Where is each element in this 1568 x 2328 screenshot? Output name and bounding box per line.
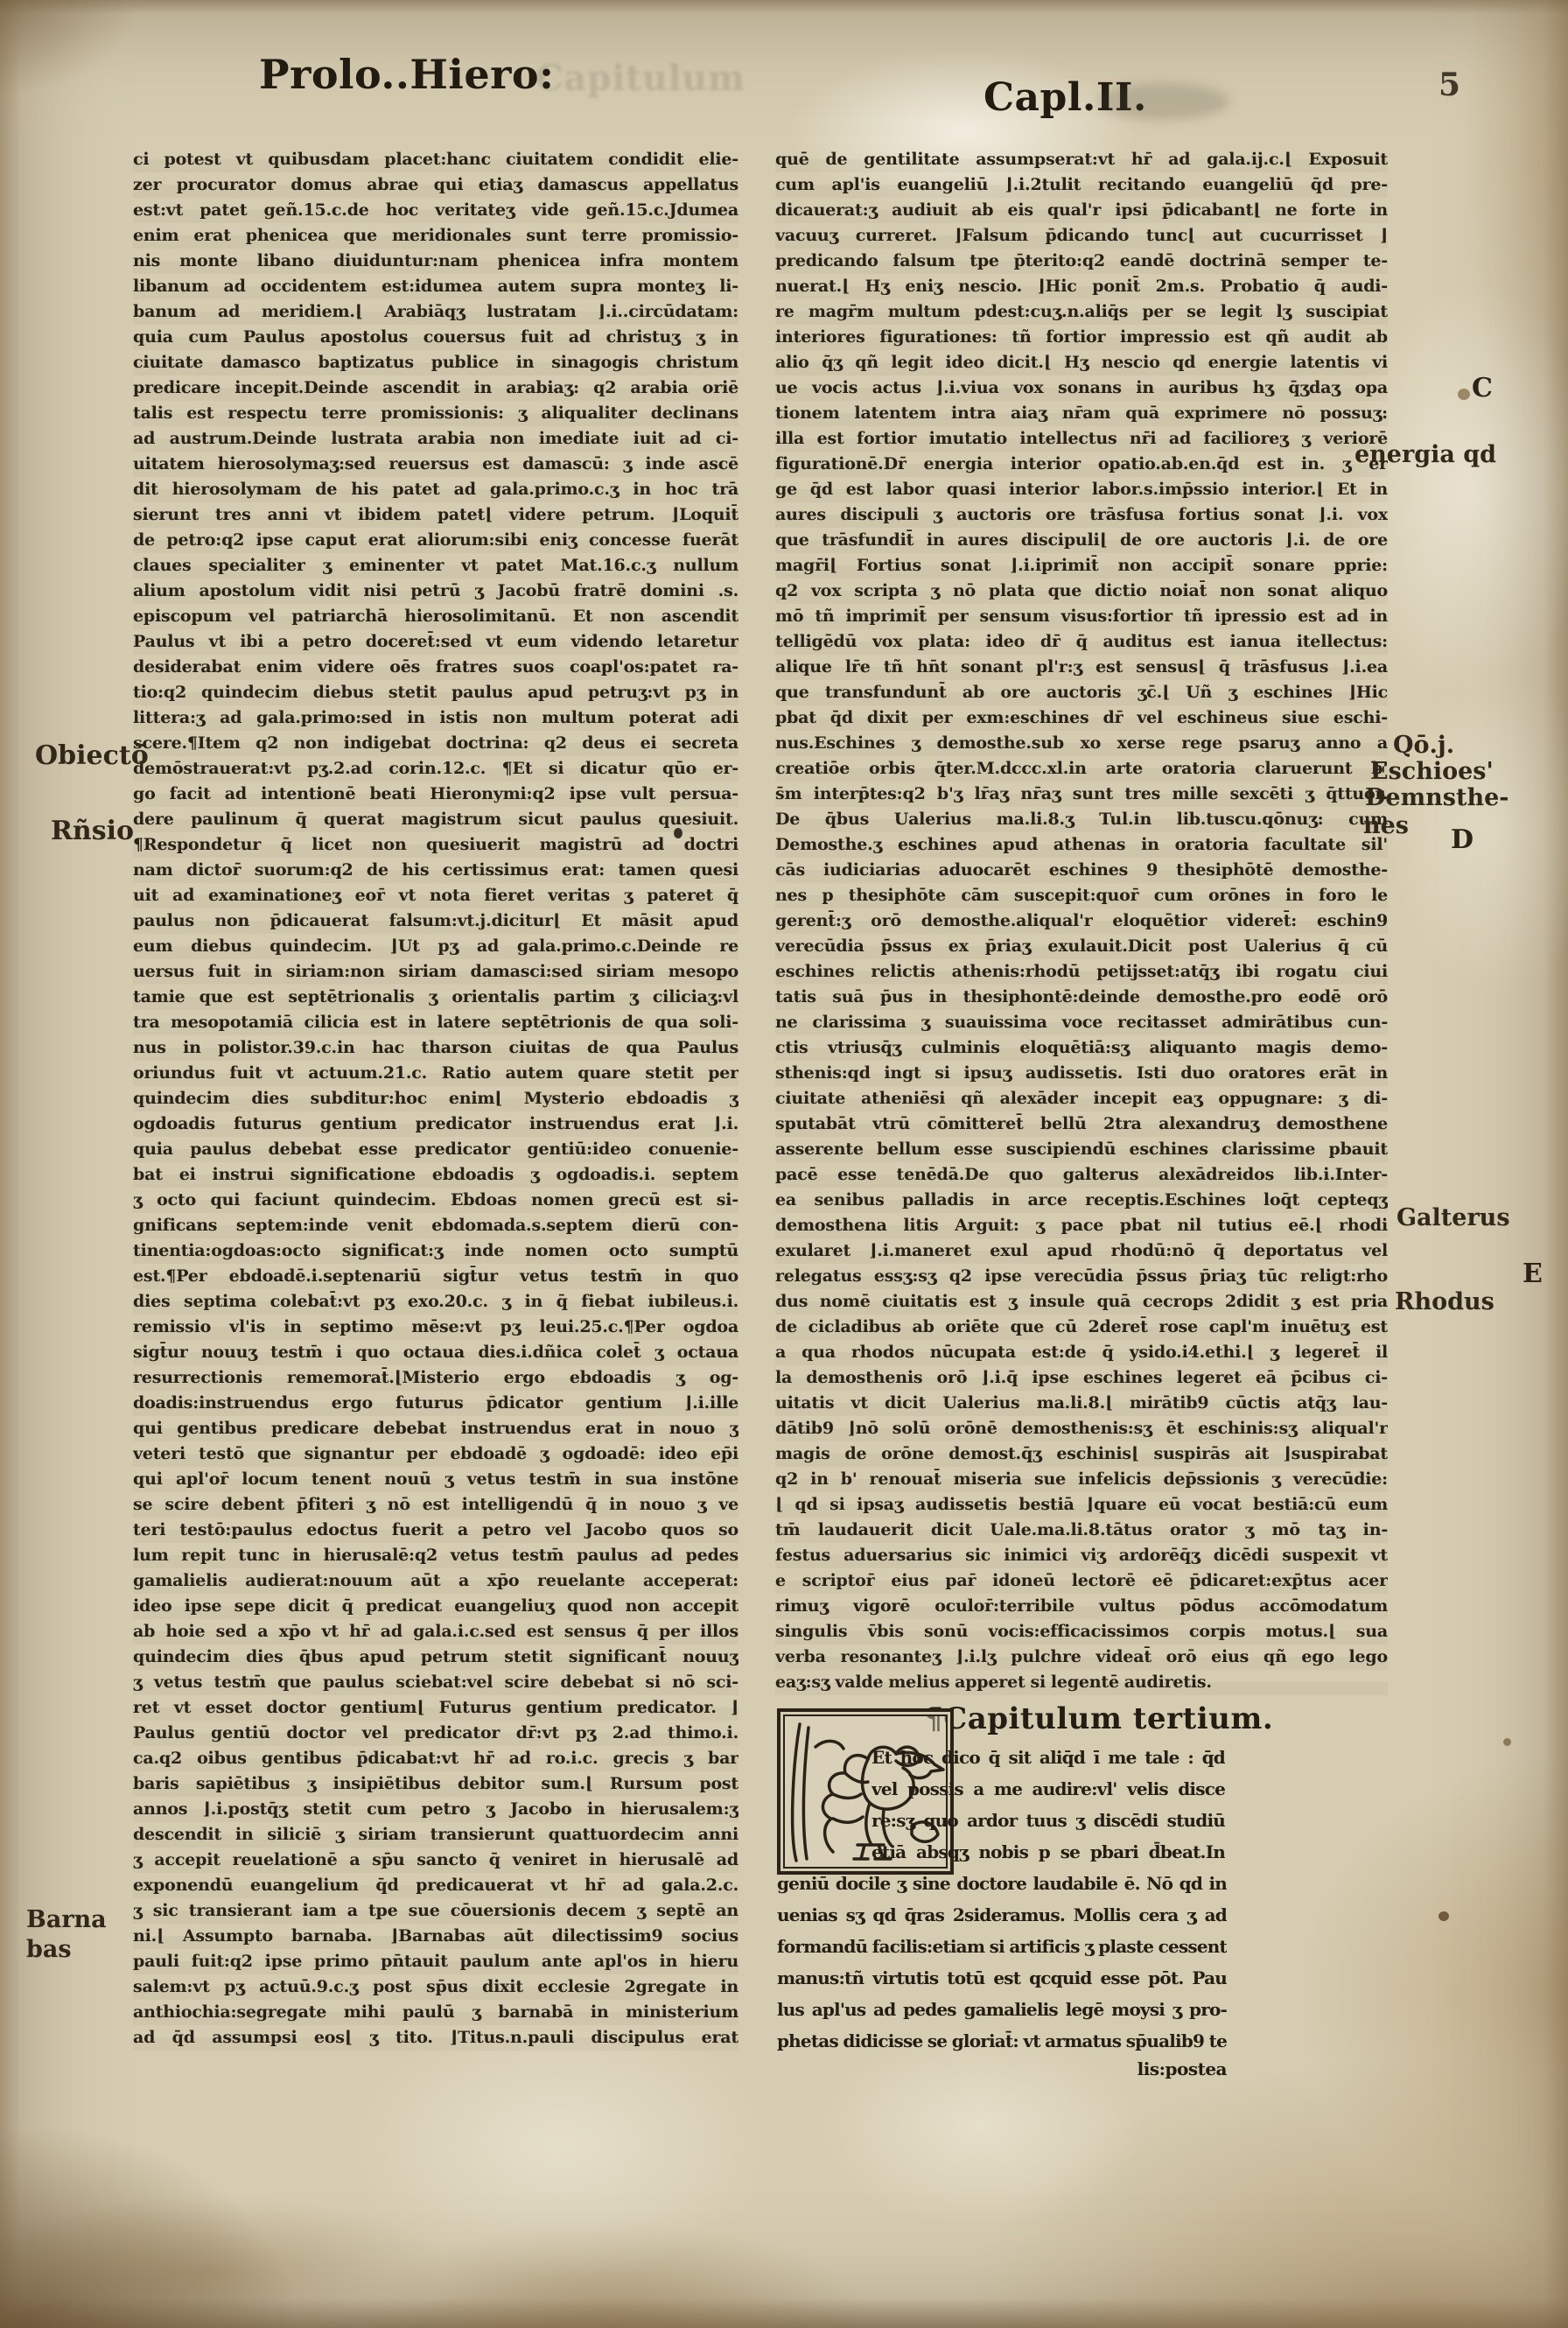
- text-line: banum ad meridiem.⌊ Arabiāqʒ lustratam ⌋…: [133, 299, 738, 325]
- margin-note-quaestio: Qō.j.: [1393, 732, 1454, 759]
- text-line: exponendū euangelium q̄d predicauerat vt…: [133, 1873, 738, 1898]
- text-line: gnificans septem:inde venit ebdomada.s.s…: [133, 1213, 738, 1238]
- paper-speck-2: [1503, 1738, 1511, 1746]
- margin-note-galterus: Galterus: [1396, 1204, 1510, 1231]
- text-line: creatiōe orbis q̄ter.M.dccc.xl.in arte o…: [775, 756, 1388, 782]
- text-line: phetas didicisse se gloriat̄: vt armatus…: [777, 2025, 1227, 2057]
- text-line: dere paulinum q̄ querat magistrum sicut …: [133, 807, 738, 832]
- text-line: annos ⌋.i.postq̄ʒ stetit cum petro ʒ Jac…: [133, 1797, 738, 1822]
- text-line: scere.¶Item q2 non indigebat doctrina: q…: [133, 731, 738, 756]
- text-line: e scriptor̄ eius par̄ idoneū lectorē eē …: [775, 1568, 1388, 1594]
- text-line: festus aduersarius sic inimici viʒ ardor…: [775, 1543, 1388, 1568]
- text-line: interiores figurationes: tñ fortior impr…: [775, 325, 1388, 350]
- margin-note-responsio: Rñsio: [51, 816, 134, 846]
- text-line: singulis v̄bis sonū vocis:efficacissimos…: [775, 1619, 1388, 1644]
- text-line: nuerat.⌊ Hʒ eniʒ nescio. ⌋Hic ponit̄ 2m.…: [775, 274, 1388, 299]
- text-line: nis monte libano diuiduntur:nam phenicea…: [133, 249, 738, 274]
- text-line: cum apl'is euangeliū ⌋.i.2tulit recitand…: [775, 172, 1388, 198]
- text-line: alique lr̄e tñ hn̄t sonant pl'r:ʒ est se…: [775, 655, 1388, 680]
- text-line: se scire debent p̄fiteri ʒ nō est intell…: [133, 1492, 738, 1518]
- text-line: verba resonanteʒ ⌋.i.lʒ pulchre videat̄ …: [775, 1644, 1388, 1670]
- text-line: asserente bellum esse suscipiendū eschin…: [775, 1137, 1388, 1162]
- wormhole: [1458, 389, 1470, 400]
- text-line: est.¶Per ebdoadē.i.septenariū sigt̄ur ve…: [133, 1264, 738, 1289]
- margin-note-obiectio: Obiectō: [35, 740, 149, 771]
- paper-speck: [1438, 1911, 1449, 1921]
- text-line: uersus fuit in siriam:non siriam damasci…: [133, 959, 738, 985]
- text-line: sierunt tres anni vt ibidem patet⌊ vider…: [133, 502, 738, 528]
- text-line: claues specialiter ʒ eminenter vt patet …: [133, 553, 738, 578]
- text-line: ab hoie sed a xp̄o vt hr̄ ad gala.i.c.se…: [133, 1619, 738, 1644]
- text-line: quindecim dies subditur:hoc enim⌊ Myster…: [133, 1086, 738, 1111]
- text-line: libanum ad occidentem est:idumea autem s…: [133, 274, 738, 299]
- running-title-left: Prolo..Hiero:: [259, 51, 554, 98]
- text-line: formandū facilis:etiam si artificis ʒ pl…: [777, 1931, 1227, 1962]
- text-line: go facit ad intentionē beati Hieronymi:q…: [133, 782, 738, 807]
- text-line: ea senibus palladis in arce receptis.Esc…: [775, 1188, 1388, 1213]
- text-line: ogdoadis futurus gentium predicator inst…: [133, 1111, 738, 1137]
- text-line: que transfundunt̄ ab ore auctoris ʒc̄.⌊ …: [775, 680, 1388, 705]
- text-line: ca.q2 oibus gentibus p̄dicabat:vt hr̄ ad…: [133, 1746, 738, 1771]
- text-line: predicare incepit.Deinde ascendit in ara…: [133, 375, 738, 401]
- text-line: ʒ vetus testm̄ que paulus sciebat:vel sc…: [133, 1670, 738, 1695]
- text-line: oriundus fuit vt actuum.21.c. Ratio aute…: [133, 1061, 738, 1086]
- text-line: a qua rhodos nūcupata est:de q̄ ysido.i4…: [775, 1340, 1388, 1365]
- text-line: cās iudiciarias aduocarēt eschines 9 the…: [775, 858, 1388, 883]
- text-line: uitatem hierosolymaʒ:sed reuersus est da…: [133, 452, 738, 477]
- text-line: desiderabat enim videre oēs fratres suos…: [133, 655, 738, 680]
- text-line: dus nomē ciuitatis est ʒ insule quā cecr…: [775, 1289, 1388, 1315]
- text-line: nam dictor̄ suorum:q2 de his certissimus…: [133, 858, 738, 883]
- text-line: pbat q̄d dixit per exm:eschines dr̄ vel …: [775, 705, 1388, 731]
- text-line: dies septima colebat̄:vt pʒ exo.20.c. ʒ …: [133, 1289, 738, 1315]
- text-line: teri testō:paulus edoctus fuerit a petro…: [133, 1518, 738, 1543]
- text-line: littera:ʒ ad gala.primo:sed in istis non…: [133, 705, 738, 731]
- text-line: dicauerat:ʒ audiuit ab eis qual'r ipsi p…: [775, 198, 1388, 223]
- text-line: que trāsfundit̄ in aures discipuli⌊ de o…: [775, 528, 1388, 553]
- text-line: sigt̄ur nouuʒ testm̄ i quo octaua dies.i…: [133, 1340, 738, 1365]
- text-line: alio q̄ʒ qñ legit ideo dicit.⌊ Hʒ nescio…: [775, 350, 1388, 375]
- text-line: talis est respectu terre promissionis: ʒ…: [133, 401, 738, 426]
- chapter-initial-lines: Et hoc dico q̄ sit aliq̄d ī me tale : q̄…: [871, 1742, 1225, 1868]
- margin-note-eschines: Eschioes': [1370, 758, 1494, 785]
- text-line: ge q̄d est labor quasi interior labor.s.…: [775, 477, 1388, 502]
- text-line: qui apl'or̄ locum tenent nouū ʒ vetus te…: [133, 1467, 738, 1492]
- text-line: nes p thesiphōte cām suscepit:quor̄ cum …: [775, 883, 1388, 908]
- text-line: lum repit tunc in hierusalē:q2 vetus tes…: [133, 1543, 738, 1568]
- text-line: gerent̄:ʒ orō demosthe.aliqual'r eloquēt…: [775, 908, 1388, 934]
- text-line: lus apl'us ad pedes gamalielis legē moys…: [777, 1994, 1227, 2025]
- text-line: quē de gentilitate assumpserat:vt hr̄ ad…: [775, 147, 1388, 172]
- text-line: re:sʒ quo ardor tuus ʒ discēdi studiū: [871, 1805, 1225, 1836]
- text-column-right: quē de gentilitate assumpserat:vt hr̄ ad…: [775, 147, 1388, 1695]
- margin-note-barnabas-line2: bas: [26, 1936, 72, 1963]
- text-line: ad q̄d assumpsi eos⌊ ʒ tito. ⌋Titus.n.pa…: [133, 2025, 738, 2051]
- text-line: uenias sʒ qd q̄ras 2sideramus. Mollis ce…: [777, 1899, 1227, 1931]
- text-line: nus in polistor.39.c.in hac tharson ciui…: [133, 1035, 738, 1061]
- guide-letter-d: D: [1451, 824, 1473, 855]
- text-line: veteri testō que signantur per ebdoadē ʒ…: [133, 1441, 738, 1467]
- ink-smudge: [1098, 83, 1229, 120]
- text-line: eum diebus quindecim. ⌋Ut pʒ ad gala.pri…: [133, 934, 738, 959]
- text-line: illa est fortior imutatio intellectus nr…: [775, 426, 1388, 452]
- text-line: gamalielis audierat:nouum aūt a xp̄o reu…: [133, 1568, 738, 1594]
- text-line: paulus non p̄dicauerat falsum:vt.j.dicit…: [133, 908, 738, 934]
- text-line: vacuuʒ curreret. ⌋Falsum p̄dicando tunc⌊…: [775, 223, 1388, 249]
- text-line: baris sapiētibus ʒ insipiētibus debitor …: [133, 1771, 738, 1797]
- text-line: ne clarissima ʒ suauissima voce recitass…: [775, 1010, 1388, 1035]
- text-line: ad austrum.Deinde lustrata arabia non im…: [133, 426, 738, 452]
- text-line: remissio vl'is in septimo mēse:vt pʒ leu…: [133, 1315, 738, 1340]
- text-line: magr̄i⌊ Fortius sonat ⌋.i.iprimit̄ non a…: [775, 553, 1388, 578]
- text-line: uitatis vt dicit Ualerius ma.li.8.⌊ mirā…: [775, 1391, 1388, 1416]
- text-line: etiā absqʒ nobis p se pbari d̄beat.In: [871, 1836, 1225, 1868]
- text-line: telligēdū vox plata: ideo dr̄ q̄ auditus…: [775, 629, 1388, 655]
- text-line: zer procurator domus abrae qui etiaʒ dam…: [133, 172, 738, 198]
- text-line: verecūdia p̄ssus ex p̄riaʒ exulauit.Dici…: [775, 934, 1388, 959]
- margin-note-demosthenes-line1: Demnsthe-: [1365, 784, 1508, 811]
- text-line: pacē esse tenēdā.De quo galterus alexādr…: [775, 1162, 1388, 1188]
- text-line: s̄m interp̄tes:q2 b'ʒ lr̄aʒ nr̄aʒ sunt t…: [775, 782, 1388, 807]
- text-line: demosthena litis Arguit: ʒ pace pbat nil…: [775, 1213, 1388, 1238]
- text-line: ue vocis actus ⌋.i.viua vox sonans in au…: [775, 375, 1388, 401]
- text-line: nus.Eschines ʒ demosthe.sub xo xerse reg…: [775, 731, 1388, 756]
- chapter-body-lines: geniū docile ʒ sine doctore laudabile ē.…: [777, 1868, 1227, 2057]
- text-line: ciuitate damasco baptizatus publice in s…: [133, 350, 738, 375]
- margin-note-energia: energia qd: [1354, 441, 1496, 468]
- text-line: anthiochia:segregate mihi paulū ʒ barnab…: [133, 2000, 738, 2025]
- ink-speck: [674, 828, 682, 838]
- text-line: tra mesopotamiā cilicia est in latere se…: [133, 1010, 738, 1035]
- margin-note-rhodus: Rhodus: [1395, 1288, 1494, 1315]
- guide-letter-e: E: [1522, 1259, 1543, 1289]
- text-line: qui gentibus predicare debebat instruend…: [133, 1416, 738, 1441]
- page-number: 5: [1438, 67, 1461, 103]
- text-line: geniū docile ʒ sine doctore laudabile ē.…: [777, 1868, 1227, 1899]
- text-line: Demosthe.ʒ eschines apud athenas in orat…: [775, 832, 1388, 858]
- text-line: predicando falsum tpe p̄terito:q2 eandē …: [775, 249, 1388, 274]
- text-line: tinentia:ogdoas:octo significat:ʒ inde n…: [133, 1238, 738, 1264]
- text-line: ʒ accepit reuelationē a sp̄u sancto q̄ v…: [133, 1848, 738, 1873]
- text-line: Paulus gentiū doctor vel predicator dr̄:…: [133, 1721, 738, 1746]
- text-line: mō tñ imprimit̄ per sensum visus:fortior…: [775, 604, 1388, 629]
- text-line: dātib9 ⌋nō solū orōnē demosthenis:sʒ ēt …: [775, 1416, 1388, 1441]
- text-line: ʒ octo qui faciunt quindecim. Ebdoas nom…: [133, 1188, 738, 1213]
- text-line: dit hierosolymam de his patet ad gala.pr…: [133, 477, 738, 502]
- text-line: tionem latentem intra aiaʒ nr̄am quā exp…: [775, 401, 1388, 426]
- text-line: de petro:q2 ipse caput erat aliorum:sibi…: [133, 528, 738, 553]
- text-line: tatis suā p̄us in thesiphontē:deinde dem…: [775, 985, 1388, 1010]
- text-line: est:vt patet geñ.15.c.de hoc veritateʒ v…: [133, 198, 738, 223]
- margin-note-barnabas-line1: Barna: [26, 1906, 107, 1933]
- text-line: re magr̄m multum pdest:cuʒ.n.aliq̄s per …: [775, 299, 1388, 325]
- book-page-scan: Prolo..Hiero: Capitulum Capl.II. 5 ci po…: [0, 0, 1568, 2328]
- text-line: ret vt esset doctor gentium⌊ Futurus gen…: [133, 1695, 738, 1721]
- text-line: pauli fuit:q2 ipse primo pn̄tauit paulum…: [133, 1949, 738, 1974]
- text-line: exularet ⌋.i.maneret exul apud rhodū:nō …: [775, 1238, 1388, 1264]
- text-line: ci potest vt quibusdam placet:hanc ciuit…: [133, 147, 738, 172]
- text-line: tamie que est septētrionalis ʒ orientali…: [133, 985, 738, 1010]
- text-line: eschines relictis athenis:rhodū petijsse…: [775, 959, 1388, 985]
- text-line: ⌊ qd si ipsaʒ audissetis bestiā ⌋quare e…: [775, 1492, 1388, 1518]
- text-line: tio:q2 quindecim diebus stetit paulus ap…: [133, 680, 738, 705]
- chapter-heading: ¶Capitulum tertium.: [924, 1701, 1273, 1736]
- ink-offset-ghost: Capitulum: [535, 58, 745, 99]
- text-line: tm̄ laudauerit dicit Uale.ma.li.8.tātus …: [775, 1518, 1388, 1543]
- guide-letter-c: C: [1472, 373, 1493, 403]
- text-line: magis de orōne demost.q̄ʒ eschinis⌊ susp…: [775, 1441, 1388, 1467]
- text-line: ʒ sic transierant iam a tpe sue cōuersio…: [133, 1898, 738, 1924]
- text-line: ctis vtriusq̄ʒ culminis eloquētiā:sʒ ali…: [775, 1035, 1388, 1061]
- text-line: manus:tñ virtutis totū est qcquid esse p…: [777, 1962, 1227, 1994]
- text-line: demōstrauerat:vt pʒ.2.ad corin.12.c. ¶Et…: [133, 756, 738, 782]
- text-line: figurationē.Dr̄ energia interior opatio.…: [775, 452, 1388, 477]
- text-line: ciuitate atheniēsi qñ alexāder incepit e…: [775, 1086, 1388, 1111]
- text-line: resurrectionis rememorat̄.⌊Misterio ergo…: [133, 1365, 738, 1391]
- text-line: vel possis a me audire:vl' velis disce: [871, 1773, 1225, 1805]
- text-line: sthenis:qd ingt si ipsuʒ audissetis. Ist…: [775, 1061, 1388, 1086]
- text-line: enim erat phenicea que meridionales sunt…: [133, 223, 738, 249]
- text-line: descendit in siliciē ʒ siriam transierun…: [133, 1822, 738, 1848]
- text-line: relegatus essʒ:sʒ q2 ipse verecūdia p̄ss…: [775, 1264, 1388, 1289]
- text-line: doadis:instruendus ergo futurus p̄dicato…: [133, 1391, 738, 1416]
- text-line: ni.⌊ Assumpto barnaba. ⌋Barnabas aūt dil…: [133, 1924, 738, 1949]
- text-line: bat ei instrui significatione ebdoadis ʒ…: [133, 1162, 738, 1188]
- text-line: eaʒ:sʒ valde melius apperet si legentē a…: [775, 1670, 1388, 1695]
- text-line: q2 vox scripta ʒ nō plata que dictio noi…: [775, 578, 1388, 604]
- text-line: episcopum vel patriarchā hierosolimitanū…: [133, 604, 738, 629]
- text-line: sputabāt vtrū cōmitteret̄ bellū 2tra ale…: [775, 1111, 1388, 1137]
- text-line: ideo ipse sepe dicit q̄ predicat euangel…: [133, 1594, 738, 1619]
- text-line: q2 in b' renouat̄ miseria sue infelicis …: [775, 1467, 1388, 1492]
- text-line: De q̄bus Ualerius ma.li.8.ʒ Tul.in lib.t…: [775, 807, 1388, 832]
- text-line: de cicladibus ab oriēte que cū 2deret̄ r…: [775, 1315, 1388, 1340]
- text-line: aures discipuli ʒ auctoris ore trāsfusa …: [775, 502, 1388, 528]
- text-line: salem:vt pʒ actuū.9.c.ʒ post sp̄us dixit…: [133, 1974, 738, 2000]
- text-line: rimuʒ vigorē oculor̄:terribile vultus pō…: [775, 1594, 1388, 1619]
- text-line: Et hoc dico q̄ sit aliq̄d ī me tale : q̄…: [871, 1742, 1225, 1773]
- text-line: quia paulus debebat esse predicator gent…: [133, 1137, 738, 1162]
- text-line: alium apostolum vidit nisi petrū ʒ Jacob…: [133, 578, 738, 604]
- text-line: ¶Respondetur q̄ licet non quesiuerit mag…: [133, 832, 738, 858]
- text-column-left: ci potest vt quibusdam placet:hanc ciuit…: [133, 147, 738, 2051]
- text-line: la demosthenis orō ⌋.i.q̄ ipse eschines …: [775, 1365, 1388, 1391]
- text-line: Paulus vt ibi a petro doceret̄:sed vt eu…: [133, 629, 738, 655]
- text-line: quindecim dies q̄bus apud petrum stetit …: [133, 1644, 738, 1670]
- margin-note-demosthenes-line2: nes: [1363, 812, 1409, 839]
- text-line: uit ad examinationeʒ eor̄ vt nota fieret…: [133, 883, 738, 908]
- catchword: lis:postea: [777, 2058, 1297, 2079]
- text-line: quia cum Paulus apostolus couersus fuit …: [133, 325, 738, 350]
